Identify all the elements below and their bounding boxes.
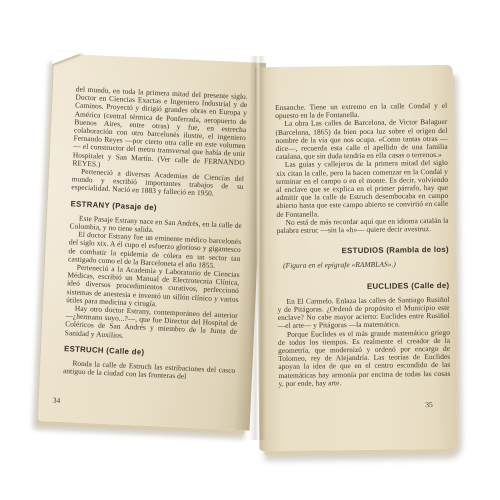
paragraph: En El Carmelo. Enlaza las calles de Sant… [277, 296, 449, 331]
paragraph: del mundo, en toda la primera mitad del … [72, 85, 248, 175]
paragraph: Ronda la calle de Estruch las estribacio… [63, 359, 236, 383]
cross-reference-note: (Figura en el epígrafe «RAMBLAS».) [277, 260, 449, 270]
page-corner-fold [52, 51, 83, 65]
left-page: del mundo, en toda la primera mitad del … [38, 53, 266, 430]
paragraph: No está de más recordar aquí que en idio… [277, 217, 449, 236]
paragraph: Perteneció a diversas Academias de Cienc… [71, 167, 244, 199]
paragraph: Las guías y callejeros de la primera mit… [276, 159, 449, 219]
entry-heading-euclides: EUCLIDES (Calle de) [277, 282, 449, 292]
paragraph: Hay otro doctor Estrany, contemporáneo d… [65, 304, 238, 345]
page-number-left: 34 [53, 396, 61, 405]
left-page-text-column: del mundo, en toda la primera mitad del … [63, 85, 248, 383]
paragraph: Porque Euclides es el más grande matemát… [278, 329, 451, 389]
paragraph: La obra Las calles de Barcelona, de Vict… [275, 118, 447, 161]
right-page-text-column: Ensanche. Tiene un extremo en la calle C… [275, 102, 450, 388]
open-book-photo: del mundo, en toda la primera mitad del … [0, 0, 500, 500]
page-number-right: 35 [425, 400, 433, 409]
entry-heading-estudios: ESTUDIOS (Rambla de los) [277, 246, 449, 256]
right-page: Ensanche. Tiene un extremo en la calle C… [255, 65, 458, 451]
